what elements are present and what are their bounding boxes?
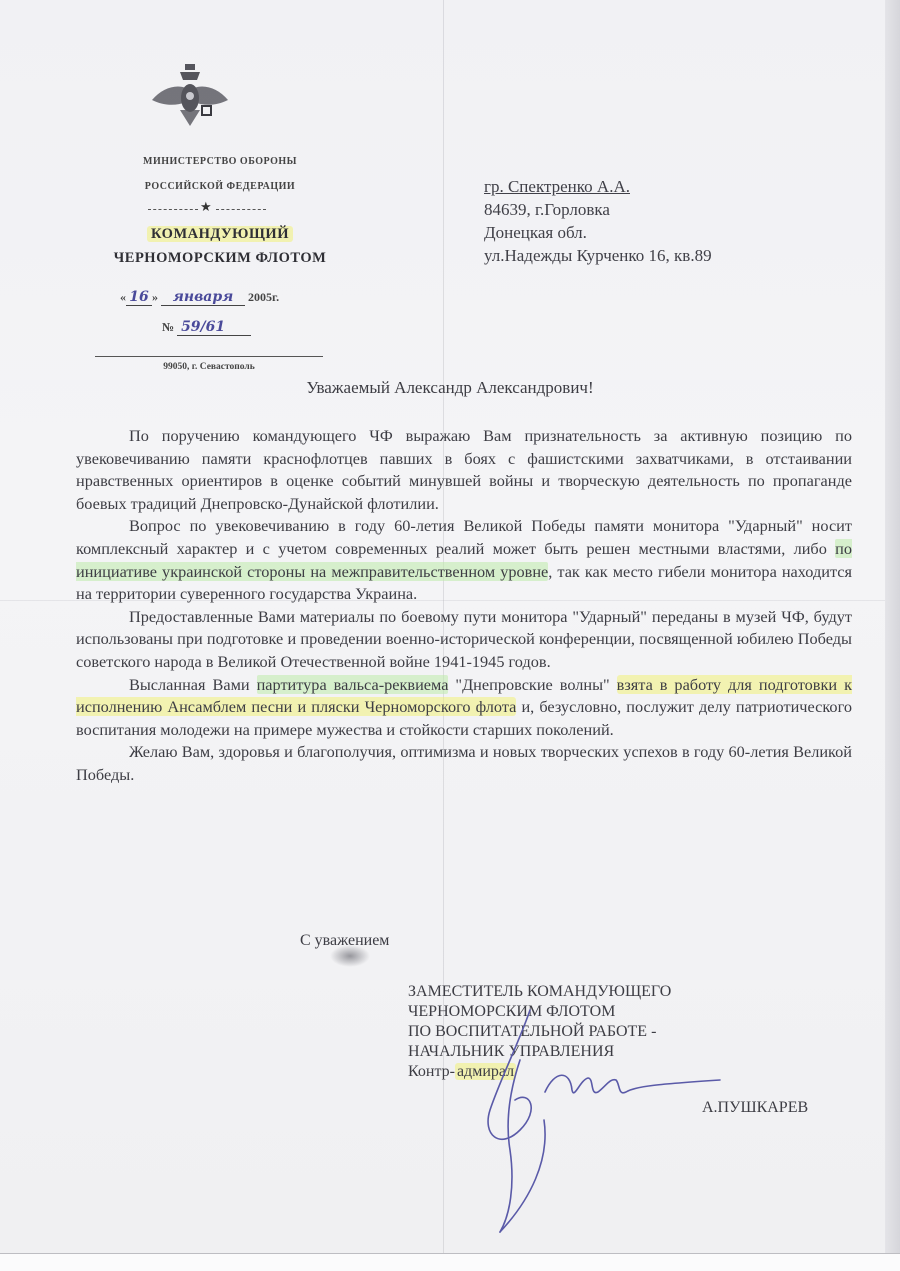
double-headed-eagle-emblem-icon — [150, 62, 230, 130]
letter-page: МИНИСТЕРСТВО ОБОРОНЫ РОССИЙСКОЙ ФЕДЕРАЦИ… — [0, 0, 900, 1271]
recipient-line1: 84639, г.Горловка — [484, 198, 712, 221]
letterhead-address: 99050, г. Севастополь — [95, 362, 323, 372]
recipient-name: гр. Спектренко А.А. — [484, 175, 712, 198]
closing: С уважением — [300, 932, 389, 950]
letter-number: № 59/61 — [162, 319, 251, 336]
letter-date: «16» января 2005г. — [120, 289, 279, 306]
paragraph-1: По поручению командующего ЧФ выражаю Вам… — [76, 425, 852, 515]
paragraph-4: Высланная Вами партитура вальса-реквиема… — [76, 674, 852, 742]
paper-right-edge — [885, 0, 900, 1253]
letterhead-title-line2: ЧЕРНОМОРСКИМ ФЛОТОМ — [90, 250, 350, 267]
letterhead-star-divider: ★ — [148, 203, 268, 213]
recipient-line3: ул.Надежды Курченко 16, кв.89 — [484, 244, 712, 267]
paragraph-3: Предоставленные Вами материалы по боевом… — [76, 606, 852, 674]
letterhead-title-line1: КОМАНДУЮЩИЙ — [90, 226, 350, 243]
recipient-block: гр. Спектренко А.А. 84639, г.Горловка До… — [484, 175, 712, 267]
signatory-line1: ЗАМЕСТИТЕЛЬ КОМАНДУЮЩЕГО — [408, 982, 671, 1002]
recipient-line2: Донецкая обл. — [484, 221, 712, 244]
letter-body: По поручению командующего ЧФ выражаю Вам… — [76, 425, 852, 787]
paper-bottom-edge — [0, 1253, 900, 1271]
salutation: Уважаемый Александр Александрович! — [0, 378, 900, 398]
date-year: 2005 — [248, 290, 272, 304]
letterhead-divider — [95, 356, 323, 357]
paragraph-5: Желаю Вам, здоровья и благополучия, опти… — [76, 741, 852, 786]
paragraph-2: Вопрос по увековечиванию в году 60-летия… — [76, 515, 852, 605]
date-month: января — [161, 289, 245, 306]
date-day: 16 — [126, 289, 152, 306]
highlighted-text-green: партитура вальса-реквиема — [257, 675, 449, 694]
letterhead-ministry-line1: МИНИСТЕРСТВО ОБОРОНЫ — [90, 156, 350, 167]
letter-number-value: 59/61 — [177, 319, 251, 336]
star-icon: ★ — [200, 199, 212, 215]
handwritten-signature-icon — [460, 1000, 760, 1240]
letterhead-ministry-line2: РОССИЙСКОЙ ФЕДЕРАЦИИ — [90, 181, 350, 192]
